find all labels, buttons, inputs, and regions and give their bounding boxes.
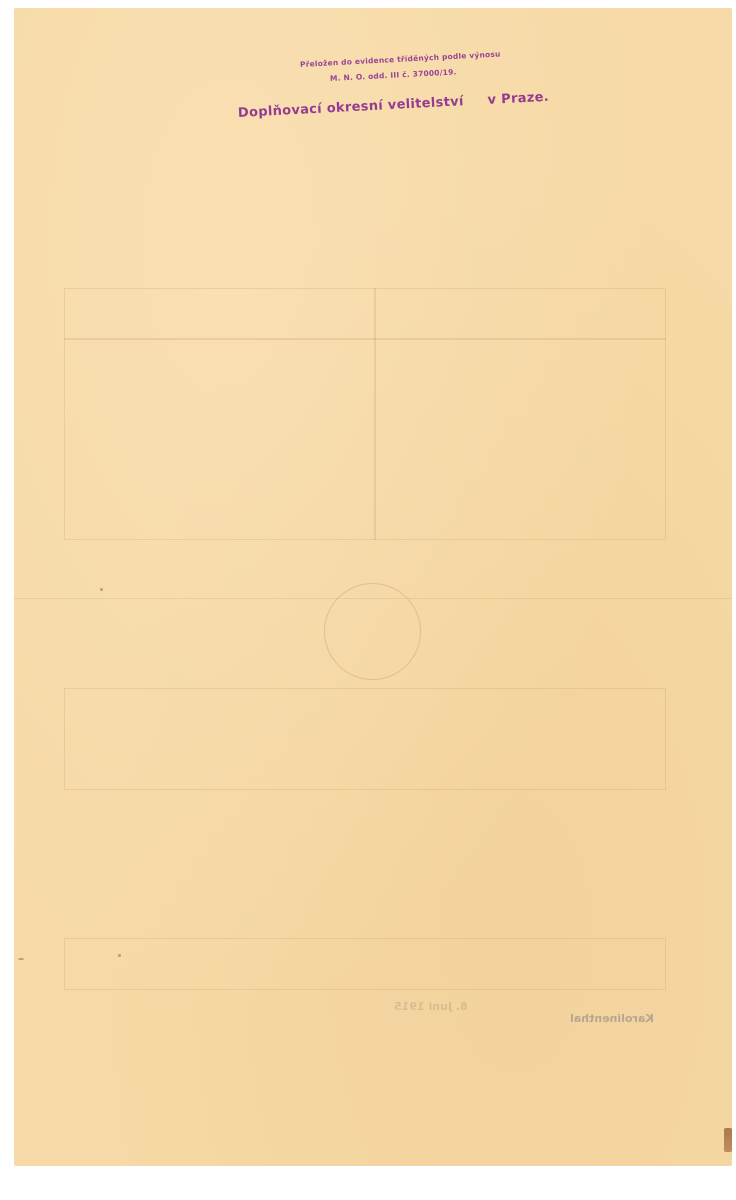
stain-spot (118, 954, 121, 957)
document-page: 8. Juni 1915 Karolinenthal (14, 8, 732, 1166)
bleed-through-date: 8. Juni 1915 (394, 1000, 468, 1013)
stamp-place: v Praze. (487, 90, 549, 108)
bleed-through-table-bottom (64, 938, 666, 990)
edge-stain (724, 1128, 732, 1152)
bleed-through-table-upper (64, 288, 666, 540)
bleed-through-signature: Karolinenthal (570, 1012, 654, 1025)
stain-spot (100, 588, 103, 591)
stain-spot (18, 958, 24, 960)
bleed-through-rule (64, 338, 666, 340)
bleed-through-seal (324, 583, 421, 680)
bleed-through-table-lower (64, 688, 666, 790)
bleed-through-rule (374, 288, 376, 540)
